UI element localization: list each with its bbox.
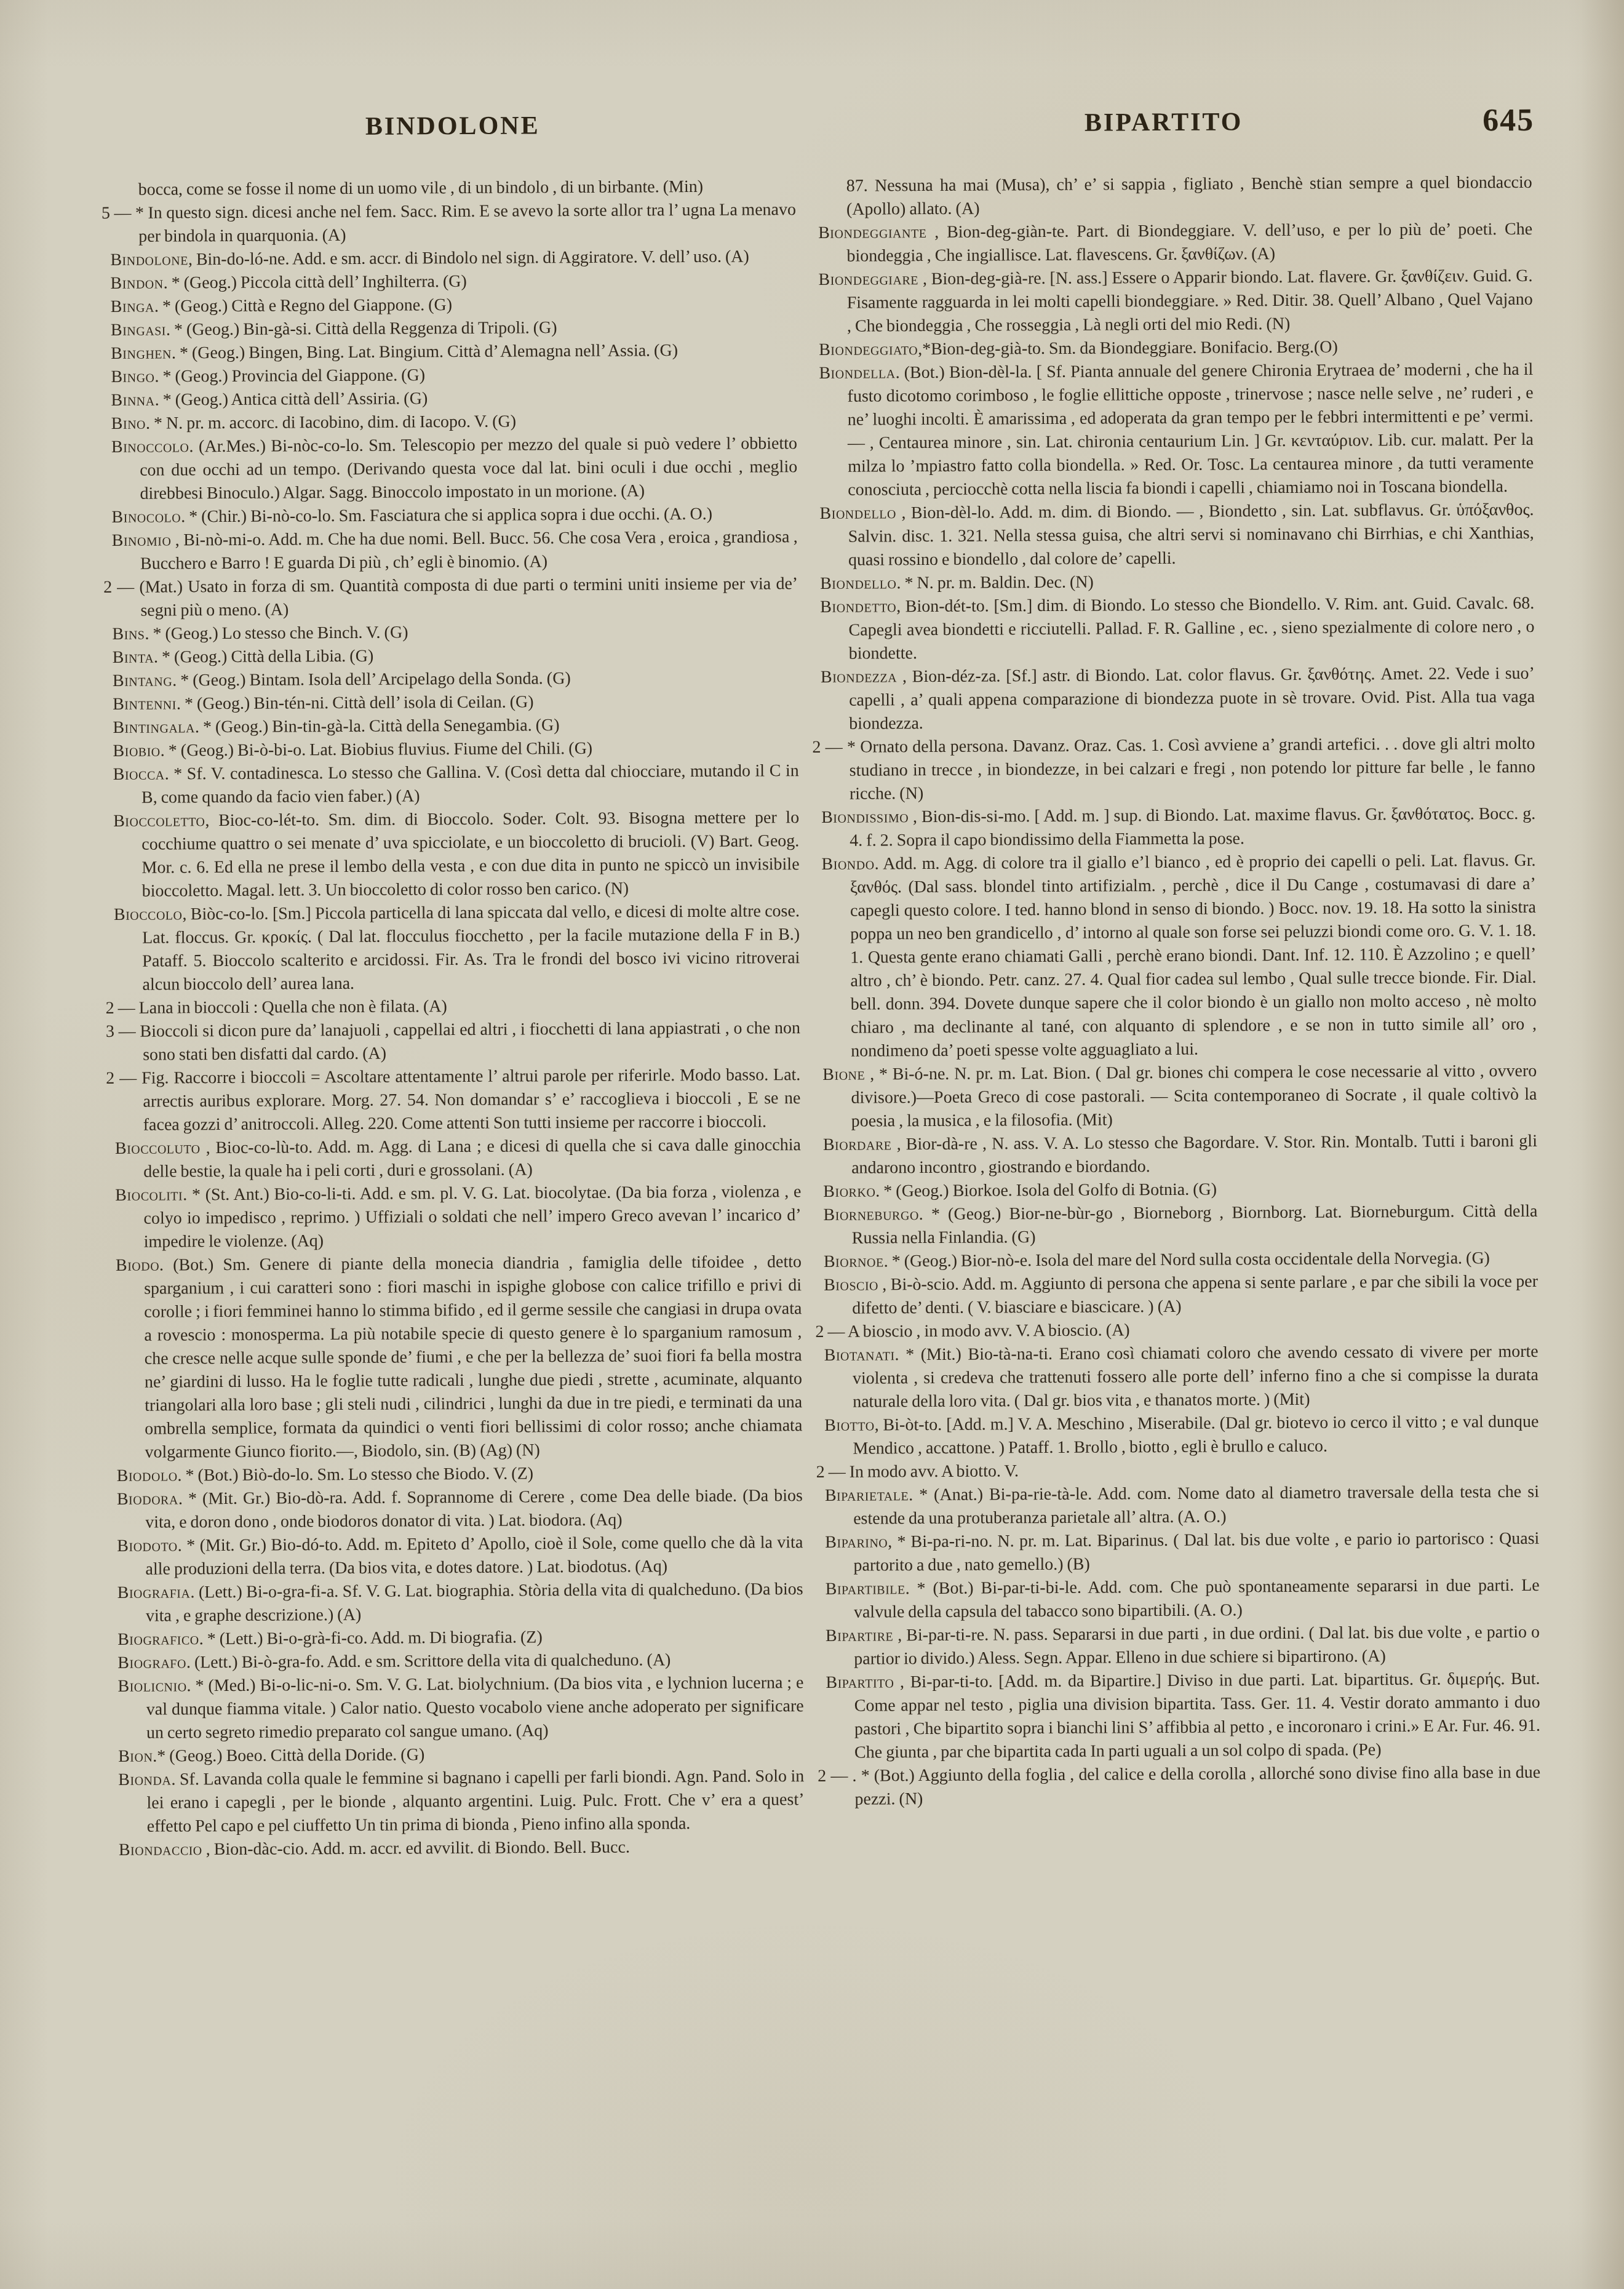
dictionary-entry: Biondissimo , Bion-dis-si-mo. [ Add. m. …	[821, 802, 1535, 853]
headword: Biondella	[819, 363, 895, 383]
dictionary-entry: 2 — A bioscio , in modo avv. V. A biosci…	[824, 1317, 1538, 1344]
dictionary-entry: 2 — Lana in bioccoli : Quella che non è …	[114, 993, 800, 1020]
dictionary-entry: Biodoto. * (Mit. Gr.) Bio-dó-to. Add. m.…	[117, 1531, 803, 1581]
headword: Biotto	[824, 1415, 874, 1434]
dictionary-entry: Bipartibile. * (Bot.) Bi-par-ti-bi-le. A…	[826, 1574, 1540, 1624]
text-columns: bocca, come se fosse il nome di un uomo …	[110, 171, 1541, 1862]
dictionary-entry: 5 — * In questo sign. dicesi anche nel f…	[110, 198, 796, 249]
dictionary-entry: Biorneburgo. * (Geog.) Bior-ne-bùr-go , …	[823, 1200, 1537, 1250]
headword: Bintenni	[113, 694, 177, 714]
headword: Biografo	[117, 1653, 186, 1672]
book-page: BINDOLONE BIPARTITO 645 bocca, come se f…	[0, 0, 1624, 2289]
dictionary-entry: Bingo. * (Geog.) Provincia del Giappone.…	[111, 362, 797, 389]
headword: Biodoto	[117, 1536, 178, 1556]
headword: Biobio	[113, 741, 160, 761]
headword: Biondo	[821, 854, 874, 873]
headword: Biondello	[819, 503, 896, 523]
headword: Biorneburgo	[823, 1205, 918, 1224]
headword: Bintang	[113, 671, 172, 690]
headword: Bion	[118, 1747, 153, 1766]
dictionary-entry: Biordare , Bior-dà-re , N. ass. V. A. Lo…	[823, 1130, 1537, 1180]
dictionary-entry: Biondetto, Bion-dét-to. [Sm.] dim. di Bi…	[820, 592, 1535, 666]
dictionary-entry: Biorko. * (Geog.) Biorkoe. Isola del Gol…	[823, 1176, 1537, 1204]
dictionary-entry: Biotanati. * (Mit.) Bio-tà-na-ti. Erano …	[824, 1340, 1539, 1414]
headword: Biondello	[820, 573, 896, 593]
headword: Bipartito	[826, 1672, 894, 1692]
dictionary-entry: Biondo. Add. m. Agg. di colore tra il gi…	[821, 849, 1537, 1063]
dictionary-entry: 2 — * Ornato della persona. Davanz. Oraz…	[821, 732, 1535, 806]
headword: Bione	[822, 1065, 865, 1084]
dictionary-entry: Bioccolo, Biòc-co-lo. [Sm.] Piccola part…	[114, 900, 800, 997]
headword: Bintingala	[113, 717, 195, 737]
dictionary-entry: Biografo. (Lett.) Bi-ò-gra-fo. Add. e sm…	[117, 1648, 803, 1675]
dictionary-entry: 2 — (Mat.) Usato in forza di sm. Quantit…	[112, 572, 798, 623]
dictionary-entry: 87. Nessuna ha mai (Musa), ch’ e’ si sap…	[818, 171, 1532, 222]
headword: Biondezza	[821, 667, 897, 687]
text-column-left: bocca, come se fosse il nome di un uomo …	[110, 175, 805, 1862]
headword: Binocolo	[111, 507, 181, 527]
running-head-left-title: BINDOLONE	[109, 110, 795, 143]
headword: Binghen	[111, 343, 172, 363]
dictionary-entry: 2 — In modo avv. A biotto. V.	[825, 1457, 1539, 1484]
page-number: 645	[1483, 102, 1534, 138]
headword: Biolicnio	[117, 1676, 186, 1696]
dictionary-entry: Bintingala. * (Geog.) Bin-tin-gà-la. Cit…	[113, 713, 798, 740]
headword: Biondeggiato	[819, 340, 918, 359]
dictionary-entry: Bionda. Sf. Lavanda colla quale le femmi…	[118, 1765, 805, 1839]
headword: Biotanati	[824, 1345, 895, 1365]
dictionary-entry: Biornoe. * (Geog.) Bior-nò-e. Isola del …	[824, 1247, 1538, 1274]
dictionary-entry: Biodo. (Bot.) Sm. Genere di piante della…	[116, 1250, 803, 1464]
dictionary-entry: Biondello. * N. pr. m. Baldin. Dec. (N)	[820, 569, 1534, 596]
dictionary-entry: Biondella. (Bot.) Bion-dèl-la. [ Sf. Pia…	[819, 358, 1534, 502]
dictionary-entry: Binga. * (Geog.) Città e Regno del Giapp…	[111, 292, 797, 319]
headword: Bioccolo	[114, 905, 183, 924]
running-head-right-title: BIPARTITO	[795, 106, 1532, 139]
headword: Binomio	[112, 530, 172, 550]
dictionary-entry: Biografico. * (Lett.) Bi-o-grà-fi-co. Ad…	[117, 1624, 803, 1652]
headword: Biparietale	[825, 1485, 909, 1505]
headword: Biornoe	[824, 1252, 884, 1271]
dictionary-entry: Bingasi. * (Geog.) Bin-gà-si. Città dell…	[111, 315, 797, 342]
dictionary-entry: Binoccolo. (Ar.Mes.) Bi-nòc-co-lo. Sm. T…	[111, 432, 798, 506]
dictionary-entry: Biocca. * Sf. V. contadinesca. Lo stesso…	[113, 759, 799, 810]
dictionary-entry: Biodora. * (Mit. Gr.) Bio-dò-ra. Add. f.…	[117, 1484, 803, 1535]
headword: Binga	[111, 297, 154, 316]
dictionary-entry: 3 — Bioccoli si dicon pure da’ lanajuoli…	[114, 1017, 800, 1067]
headword: Bioccoluto	[115, 1138, 201, 1158]
dictionary-entry: Bintenni. * (Geog.) Bin-tén-ni. Città de…	[113, 689, 798, 716]
dictionary-entry: Biobio. * (Geog.) Bi-ò-bi-o. Lat. Biobiu…	[113, 736, 798, 763]
headword: Bioccoletto	[113, 811, 205, 831]
dictionary-entry: Biotto, Bi-òt-to. [Add. m.] V. A. Meschi…	[824, 1410, 1538, 1461]
headword: Biondissimo	[821, 807, 909, 827]
headword: Biografia	[117, 1583, 191, 1602]
dictionary-entry: Bione , * Bi-ó-ne. N. pr. m. Lat. Bion. …	[822, 1060, 1537, 1133]
dictionary-entry: Bioscio , Bi-ò-scio. Add. m. Aggiunto di…	[824, 1270, 1538, 1320]
dictionary-entry: Binna. * (Geog.) Antica città dell’ Assi…	[111, 385, 797, 412]
headword: Bipartire	[826, 1626, 893, 1645]
headword: Binna	[111, 391, 154, 410]
dictionary-entry: Bindolone, Bin-do-ló-ne. Add. e sm. accr…	[110, 245, 796, 272]
dictionary-entry: Bins. * (Geog.) Lo stesso che Binch. V. …	[112, 619, 798, 646]
dictionary-entry: Bion.* (Geog.) Boeo. Città della Doride.…	[118, 1741, 804, 1768]
text-column-right: 87. Nessuna ha mai (Musa), ch’ e’ si sap…	[818, 171, 1541, 1858]
dictionary-entry: Binocolo. * (Chir.) Bi-nò-co-lo. Sm. Fas…	[111, 502, 797, 529]
headword: Bioscio	[824, 1275, 878, 1294]
headword: Biondeggiante	[818, 223, 926, 242]
dictionary-entry: Binghen. * (Geog.) Bingen, Bing. Lat. Bi…	[111, 338, 797, 366]
headword: Bingasi	[111, 320, 166, 339]
headword: Biodolo	[117, 1466, 178, 1485]
dictionary-entry: 2 — Fig. Raccorre i bioccoli = Ascoltare…	[114, 1063, 801, 1137]
headword: Binta	[113, 648, 154, 667]
headword: Bino	[111, 414, 146, 433]
headword: Bipartibile	[826, 1579, 906, 1599]
dictionary-entry: 2 — . * (Bot.) Aggiunto della foglia , d…	[826, 1761, 1540, 1812]
dictionary-entry: Bipartito , Bi-par-ti-to. [Add. m. da Bi…	[826, 1668, 1540, 1765]
dictionary-entry: Bipartire , Bi-par-ti-re. N. pass. Separ…	[826, 1621, 1540, 1671]
dictionary-entry: Bioccoluto , Bioc-co-lù-to. Add. m. Agg.…	[115, 1133, 801, 1184]
headword: Biordare	[823, 1135, 892, 1154]
dictionary-entry: Biondeggiato,*Bion-deg-già-to. Sm. da Bi…	[819, 335, 1533, 362]
dictionary-entry: Biocoliti. * (St. Ant.) Bio-co-li-ti. Ad…	[115, 1180, 802, 1254]
dictionary-entry: Biodolo. * (Bot.) Biò-do-lo. Sm. Lo stes…	[117, 1461, 803, 1488]
dictionary-entry: Binomio , Bi-nò-mi-o. Add. m. Che ha due…	[112, 525, 798, 576]
headword: Biondeggiare	[818, 270, 918, 289]
dictionary-entry: Biondeggiante , Bion-deg-giàn-te. Part. …	[818, 218, 1532, 268]
headword: Biografico	[117, 1629, 199, 1649]
dictionary-entry: Biparietale. * (Anat.) Bi-pa-rie-tà-le. …	[825, 1480, 1539, 1531]
dictionary-entry: Bintang. * (Geog.) Bintam. Isola dell’ A…	[113, 666, 798, 693]
dictionary-entry: bocca, come se fosse il nome di un uomo …	[110, 175, 796, 202]
headword: Biocoliti	[115, 1185, 183, 1205]
dictionary-entry: Biolicnio. * (Med.) Bi-o-lic-ni-o. Sm. V…	[117, 1671, 804, 1745]
dictionary-entry: Biondello , Bion-dèl-lo. Add. m. dim. di…	[819, 498, 1534, 572]
headword: Bins	[112, 625, 145, 644]
headword: Bindolone	[110, 250, 188, 270]
dictionary-entry: Binta. * (Geog.) Città della Libia. (G)	[113, 642, 798, 669]
headword: Binoccolo	[111, 437, 189, 457]
headword: Bionda	[118, 1770, 171, 1789]
headword: Bingo	[111, 367, 154, 386]
dictionary-entry: Biografia. (Lett.) Bi-o-gra-fi-a. Sf. V.…	[117, 1578, 803, 1628]
headword: Biondetto	[820, 597, 896, 617]
dictionary-entry: Bioccoletto, Bioc-co-lét-to. Sm. dim. di…	[113, 806, 800, 903]
dictionary-entry: Biondeggiare , Bion-deg-già-re. [N. ass.…	[818, 265, 1533, 338]
headword: Biondaccio	[119, 1840, 202, 1860]
headword: Bindon	[110, 274, 163, 293]
running-head: BINDOLONE BIPARTITO 645	[109, 106, 1532, 161]
headword: Biodora	[117, 1489, 178, 1509]
dictionary-entry: Bindon. * (Geog.) Piccola città dell’ In…	[110, 268, 796, 295]
dictionary-entry: Biparino, * Bi-pa-ri-no. N. pr. m. Lat. …	[825, 1527, 1539, 1578]
dictionary-entry: Biondaccio , Bion-dàc-cio. Add. m. accr.…	[119, 1835, 805, 1862]
headword: Biodo	[116, 1256, 159, 1275]
headword: Biparino	[825, 1532, 888, 1552]
headword: Biorko	[823, 1181, 875, 1200]
dictionary-entry: Bino. * N. pr. m. accorc. di Iacobino, d…	[111, 409, 797, 436]
headword: Biocca	[113, 765, 165, 784]
dictionary-entry: Biondezza , Bion-déz-za. [Sf.] astr. di …	[821, 662, 1535, 736]
